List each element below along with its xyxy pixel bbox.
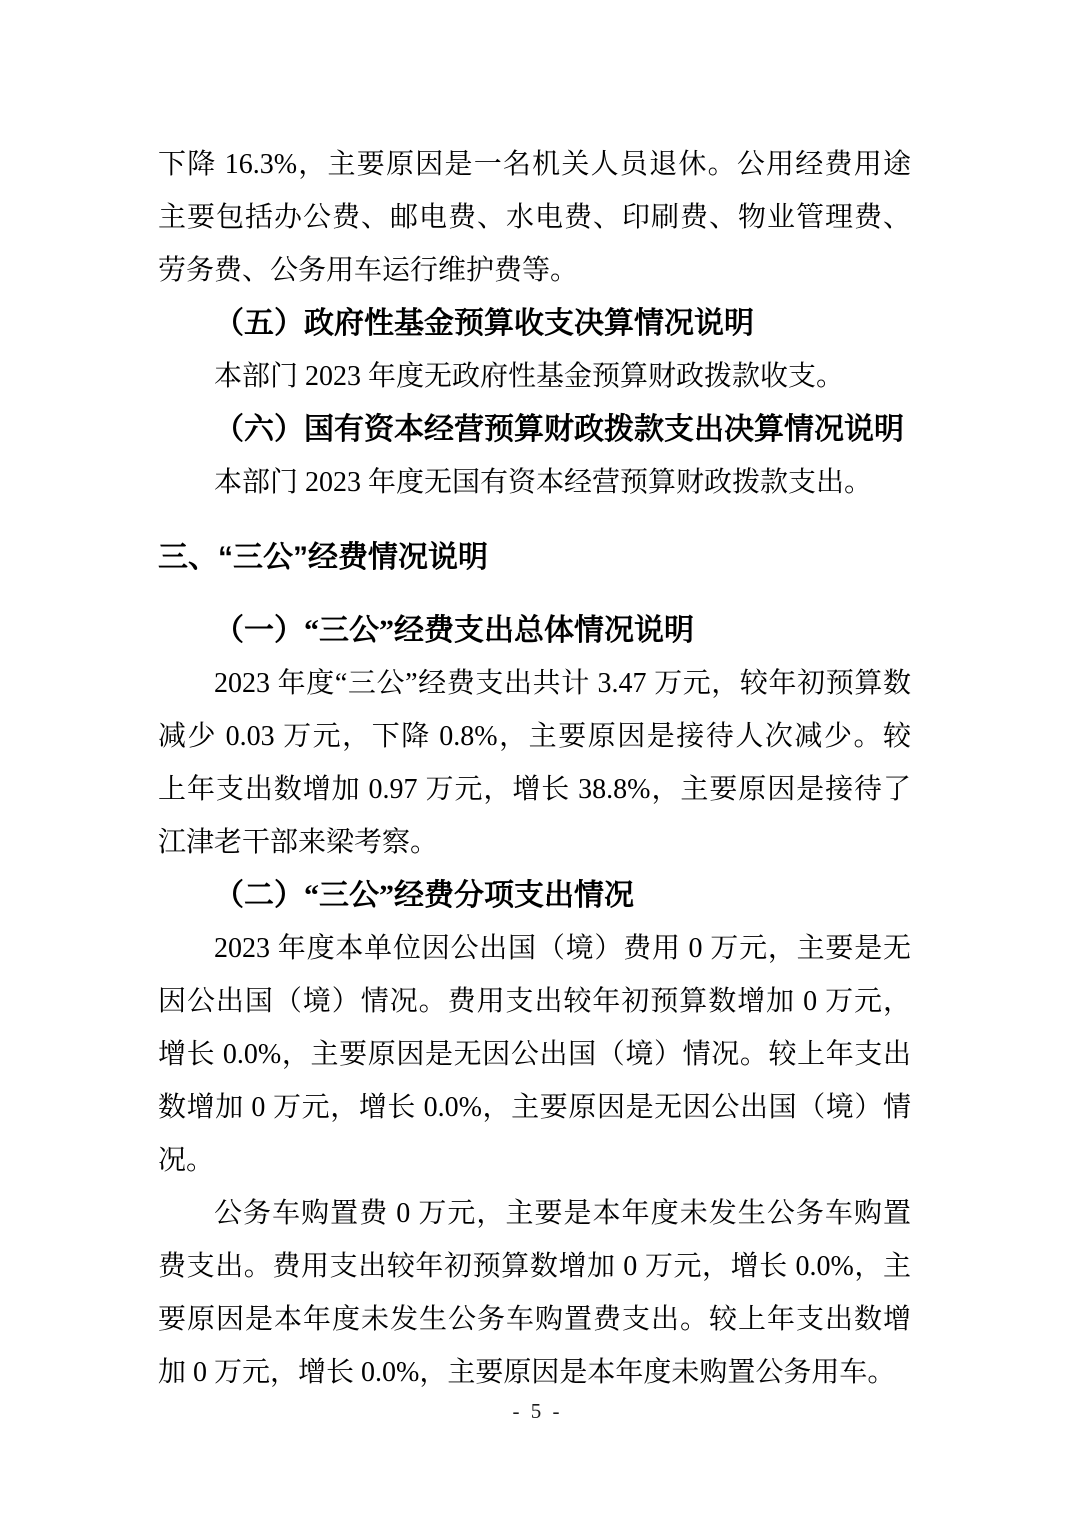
section-five-paragraph: 本部门 2023 年度无政府性基金预算财政拨款收支。 [158,350,911,403]
document-page: 下降 16.3%，主要原因是一名机关人员退休。公用经费用途 主要包括办公费、邮电… [0,0,1075,1520]
sub-two-heading: （二）“三公”经费分项支出情况 [158,869,911,922]
section-five-heading: （五）政府性基金预算收支决算情况说明 [158,297,911,350]
sub-two-paragraph2-line: 要原因是本年度未发生公务车购置费支出。较上年支出数增 [158,1293,911,1346]
sub-two-paragraph1-line: 数增加 0 万元，增长 0.0%，主要原因是无因公出国（境）情 [158,1081,911,1134]
sub-two-paragraph1-line: 因公出国（境）情况。费用支出较年初预算数增加 0 万元， [158,975,911,1028]
document-content: 下降 16.3%，主要原因是一名机关人员退休。公用经费用途 主要包括办公费、邮电… [158,138,911,1399]
part-three-heading: 三、“三公”经费情况说明 [158,531,911,584]
sub-two-paragraph1-line: 增长 0.0%，主要原因是无因公出国（境）情况。较上年支出 [158,1028,911,1081]
sub-one-heading: （一）“三公”经费支出总体情况说明 [158,604,911,657]
page-number: - 5 - [0,1399,1075,1424]
sub-two-paragraph2-line: 费支出。费用支出较年初预算数增加 0 万元，增长 0.0%，主 [158,1240,911,1293]
continuation-paragraph-line: 下降 16.3%，主要原因是一名机关人员退休。公用经费用途 [158,138,911,191]
sub-one-paragraph-line: 上年支出数增加 0.97 万元，增长 38.8%，主要原因是接待了 [158,763,911,816]
continuation-paragraph-line: 劳务费、公务用车运行维护费等。 [158,244,911,297]
sub-one-paragraph-line: 减少 0.03 万元，下降 0.8%，主要原因是接待人次减少。较 [158,710,911,763]
sub-two-paragraph1-line: 2023 年度本单位因公出国（境）费用 0 万元，主要是无 [158,922,911,975]
sub-two-paragraph2-line: 加 0 万元，增长 0.0%，主要原因是本年度未购置公务用车。 [158,1346,911,1399]
sub-one-paragraph-line: 江津老干部来梁考察。 [158,816,911,869]
sub-two-paragraph2-line: 公务车购置费 0 万元，主要是本年度未发生公务车购置 [158,1187,911,1240]
sub-two-paragraph1-line: 况。 [158,1134,911,1187]
continuation-paragraph-line: 主要包括办公费、邮电费、水电费、印刷费、物业管理费、 [158,191,911,244]
section-six-heading: （六）国有资本经营预算财政拨款支出决算情况说明 [158,403,911,456]
sub-one-paragraph-line: 2023 年度“三公”经费支出共计 3.47 万元，较年初预算数 [158,657,911,710]
section-six-paragraph: 本部门 2023 年度无国有资本经营预算财政拨款支出。 [158,456,911,509]
